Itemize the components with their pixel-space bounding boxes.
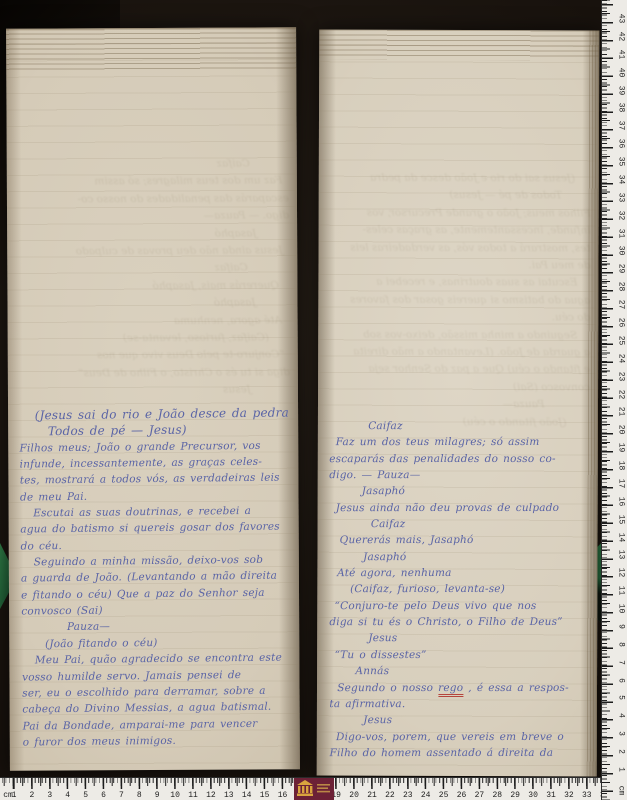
- ghost-line: e fitando o céu) Que a paz do Senhor sej…: [326, 361, 590, 379]
- ruler-number: 39: [617, 82, 626, 98]
- handwriting-line: escaparás das penalidades do nosso co-: [329, 451, 593, 468]
- ruler-number: 24: [617, 350, 626, 366]
- ghost-line: “Conjuro-te pelo Deus vivo que nos: [16, 347, 290, 366]
- ghost-line: agua do batismo si quereis gosar dos fav…: [326, 291, 590, 309]
- ruler-number: 32: [561, 791, 577, 800]
- ruler-number: 12: [203, 791, 219, 800]
- handwriting-line: Quererás mais, Jasaphó: [329, 532, 593, 549]
- handwriting-line: “Tu o dissestes”: [329, 647, 593, 664]
- handwriting-line: Faz um dos teus milagres; só assim: [329, 434, 593, 451]
- handwriting-line: agua do batismo si quereis gosar dos fav…: [20, 519, 294, 538]
- handwriting-line: Jesus: [329, 630, 593, 647]
- ruler-number: 15: [617, 511, 626, 527]
- ruler-number: 5: [617, 690, 626, 706]
- ruler-number: 31: [617, 225, 626, 241]
- ghost-line: digo. — Pauza—: [15, 208, 289, 227]
- ruler-number: 25: [617, 332, 626, 348]
- ruler-number: 4: [617, 708, 626, 724]
- ruler-number: 38: [617, 100, 626, 116]
- ghost-line: “Tu o dissestes”: [16, 399, 290, 403]
- handwriting-line: Digo-vos, porem, que vereis em breve o: [329, 728, 593, 745]
- ruler-number: 7: [113, 791, 129, 800]
- left-page: CaifazFaz um dos teus milagres; só assim…: [6, 27, 300, 771]
- ruler-number: 34: [617, 171, 626, 187]
- ruler-number: 1: [617, 762, 626, 778]
- handwriting-line: e fitando o céu) Que a paz do Senhor sej…: [21, 584, 295, 603]
- handwriting-line: Annás: [329, 663, 593, 680]
- ghost-line: Escutai as suas doutrinas, e recebei a: [326, 274, 590, 292]
- ruler-number: 12: [617, 565, 626, 581]
- ghost-line: Jesus: [16, 382, 290, 401]
- ruler-number: 2: [24, 791, 40, 800]
- ruler-number: 30: [525, 791, 541, 800]
- handwriting-line: Jasaphó: [329, 483, 593, 500]
- red-underlined-word: rego: [438, 682, 463, 697]
- handwriting-line: o furor dos meus inimigos.: [23, 731, 297, 750]
- ruler-number: 3: [617, 726, 626, 742]
- handwriting-line: Jesus ainda não deu provas de culpado: [329, 500, 593, 517]
- ruler-number: 28: [617, 279, 626, 295]
- ruler-number: 41: [617, 46, 626, 62]
- ghost-line: Caifaz: [15, 155, 289, 174]
- ruler-number: 15: [257, 791, 273, 800]
- handwriting-line: (Caifaz, furioso, levanta-se): [329, 581, 593, 598]
- side-ruler: 1234567891011121314151617181920212223242…: [601, 0, 627, 800]
- ruler-number: 1: [6, 791, 22, 800]
- ruler-number: 26: [454, 791, 470, 800]
- left-page-text: (Jesus sai do rio e João desce da pedraT…: [19, 404, 297, 759]
- ruler-number: 5: [78, 791, 94, 800]
- ghost-line: Jasaphó: [15, 295, 289, 314]
- ruler-number: 22: [382, 791, 398, 800]
- ruler-number: 16: [275, 791, 291, 800]
- ruler-number: 23: [400, 791, 416, 800]
- ruler-number: 11: [185, 791, 201, 800]
- ruler-number: 3: [42, 791, 58, 800]
- ghost-line: Pauza—: [326, 396, 590, 414]
- handwriting-line: Pai da Bondade, amparai-me para vencer: [22, 715, 296, 734]
- ruler-number: 2: [617, 744, 626, 760]
- ruler-number: 7: [617, 654, 626, 670]
- ruler-number: 43: [617, 11, 626, 27]
- page-stack-edges: [6, 27, 296, 73]
- ruler-number: 31: [543, 791, 559, 800]
- ruler-number: 20: [617, 422, 626, 438]
- ruler-number: 13: [617, 547, 626, 563]
- handwriting-line: Caifaz: [329, 418, 593, 435]
- ruler-number: 4: [60, 791, 76, 800]
- ruler-number: 20: [346, 791, 362, 800]
- handwriting-line: Jesus: [329, 712, 593, 729]
- ruler-number: 8: [617, 636, 626, 652]
- ruler-number: 17: [617, 475, 626, 491]
- ghost-line: convosco (Sai): [326, 378, 590, 396]
- ruler-number: 10: [167, 791, 183, 800]
- ghost-line: Filhos meus; João o grande Precursor, vo…: [327, 204, 591, 222]
- ghost-line: a guarda de João. (Levantando a mão dire…: [326, 344, 590, 362]
- ruler-number: 33: [579, 791, 595, 800]
- ghost-line: Caifaz: [15, 260, 289, 279]
- ruler-number: 40: [617, 64, 626, 80]
- handwriting-line: tes, mostrará a todos vós, as verdadeira…: [20, 470, 294, 489]
- right-page-text: CaifazFaz um dos teus milagres; só assim…: [329, 418, 593, 768]
- ghost-line: Faz um dos teus milagres; só assim: [15, 173, 289, 192]
- archive-logo: [294, 778, 334, 800]
- ruler-number: 29: [507, 791, 523, 800]
- ruler-number: 24: [418, 791, 434, 800]
- ghost-line: Todos de pé — Jesus): [327, 187, 591, 205]
- ruler-number: 9: [617, 618, 626, 634]
- right-page: (Jesus sai do rio e João desce da pedraT…: [317, 30, 600, 777]
- handwriting-line: Segundo o nosso rego , é essa a respos-: [329, 679, 593, 696]
- ruler-number: 35: [617, 154, 626, 170]
- ruler-number: 19: [617, 440, 626, 456]
- ghost-line: Até agora, nenhuma: [16, 312, 290, 331]
- ruler-number: 6: [96, 791, 112, 800]
- ruler-number: cm: [617, 783, 626, 799]
- ruler-number: 21: [617, 404, 626, 420]
- handwriting-line: digo. — Pauza—: [329, 467, 593, 484]
- ghost-line: Jasaphó: [15, 225, 289, 244]
- ghost-line: do céu.: [326, 309, 590, 327]
- ruler-number: 9: [149, 791, 165, 800]
- manuscript-scan: CaifazFaz um dos teus milagres; só assim…: [0, 0, 627, 800]
- ghost-line: de meu Pai.: [326, 257, 590, 275]
- ruler-number: 26: [617, 315, 626, 331]
- ghost-line: infunde, incessantemente, as graças cele…: [327, 222, 591, 240]
- ruler-number: 14: [617, 529, 626, 545]
- bleed-through-text: CaifazFaz um dos teus milagres; só assim…: [15, 155, 290, 402]
- ruler-number: 29: [617, 261, 626, 277]
- ghost-line: Quererás mais, Jasaphó: [15, 277, 289, 296]
- handwriting-line: Jasaphó: [329, 549, 593, 566]
- ruler-number: 33: [617, 189, 626, 205]
- ruler-number: 8: [131, 791, 147, 800]
- ghost-line: escaparás das penalidades do nosso co-: [15, 190, 289, 209]
- handwriting-line: Meu Pai, quão agradecido se encontra est…: [22, 650, 296, 669]
- ghost-line: tes, mostrará a todos vós, as verdadeira…: [327, 239, 591, 257]
- ruler-number: 25: [436, 791, 452, 800]
- ruler-number: 42: [617, 28, 626, 44]
- ruler-number: 23: [617, 368, 626, 384]
- ghost-line: (Jesus sai do rio e João desce da pedra: [327, 170, 591, 188]
- ruler-number: 22: [617, 386, 626, 402]
- ruler-number: 13: [221, 791, 237, 800]
- ruler-number: 21: [364, 791, 380, 800]
- ruler-number: 11: [617, 583, 626, 599]
- handwriting-line: ta afirmativa.: [329, 696, 593, 713]
- ruler-number: 27: [471, 791, 487, 800]
- ghost-line: diga si tu és o Christo, o Filho de Deus…: [16, 364, 290, 383]
- handwriting-line: Filho do homem assentado á direita da: [329, 745, 593, 762]
- ruler-number: 30: [617, 243, 626, 259]
- ruler-number: 18: [617, 458, 626, 474]
- ruler-number: 32: [617, 207, 626, 223]
- ruler-number: 37: [617, 118, 626, 134]
- bleed-through-text: (Jesus sai do rio e João desce da pedraT…: [326, 170, 591, 431]
- page-stack-edges: [319, 30, 599, 61]
- handwriting-line: Caifaz: [329, 516, 593, 533]
- ghost-line: Jesus ainda não deu provas de culpado: [15, 242, 289, 261]
- ruler-number: 27: [617, 297, 626, 313]
- ruler-number: 14: [239, 791, 255, 800]
- ruler-number: 36: [617, 136, 626, 152]
- ruler-number: 16: [617, 493, 626, 509]
- ruler-number: 28: [489, 791, 505, 800]
- handwriting-line: diga si tu és o Christo, o Filho de Deus…: [329, 614, 593, 631]
- ghost-line: (Caifaz, furioso, levanta-se): [16, 329, 290, 348]
- handwriting-line: “Conjuro-te pelo Deus vivo que nos: [329, 598, 593, 615]
- ruler-number: 10: [617, 601, 626, 617]
- handwriting-line: Até agora, nenhuma: [329, 565, 593, 582]
- ruler-number: 6: [617, 672, 626, 688]
- ghost-line: Seguindo a minha missão, deixo-vos sob: [326, 326, 590, 344]
